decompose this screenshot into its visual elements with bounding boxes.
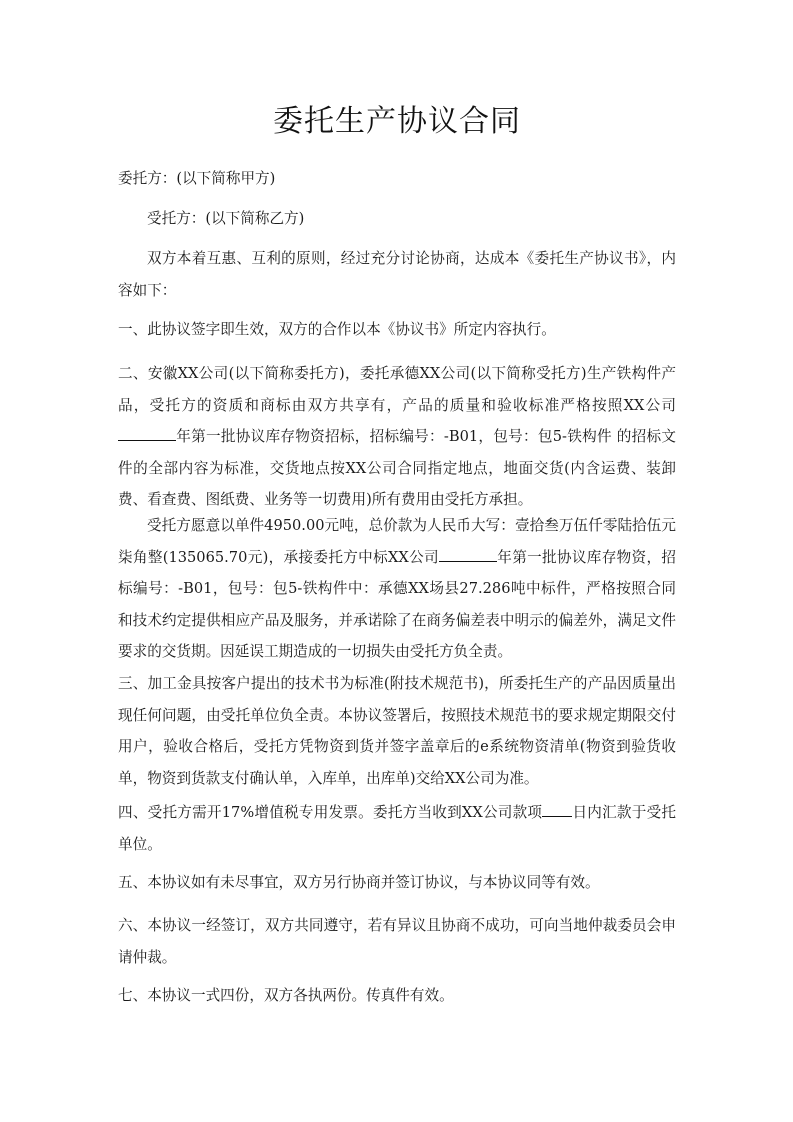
- clause-3: 三、加工金具按客户提出的技术书为标准(附技术规范书)，所委托生产的产品因质量出现…: [118, 668, 676, 794]
- clause-1: 一、此协议签字即生效，双方的合作以本《协议书》所定内容执行。: [118, 314, 676, 346]
- document-title: 委托生产协议合同: [118, 96, 676, 140]
- party-b-line: 受托方：(以下简称乙方): [118, 203, 676, 235]
- year-blank-field: [118, 426, 176, 441]
- clause-6: 六、本协议一经签订，双方共同遵守，若有异议且协商不成功，可向当地仲裁委员会申请仲…: [118, 910, 676, 973]
- clause-4: 四、受托方需开17%增值税专用发票。委托方当收到XX公司款项日内汇款于受托单位。: [118, 797, 676, 860]
- clause-5: 五、本协议如有未尽事宜，双方另行协商并签订协议，与本协议同等有效。: [118, 867, 676, 899]
- clause-2-text-b: 年第一批协议库存物资招标，招标编号：-B01，包号：包5-铁构件 的招标文件的全…: [118, 428, 676, 508]
- clause-2: 二、安徽XX公司(以下简称委托方)，委托承德XX公司(以下简称受托方)生产铁构件…: [118, 358, 676, 516]
- party-a-line: 委托方：(以下简称甲方): [118, 163, 676, 195]
- days-blank-field: [542, 802, 572, 817]
- year-blank-field-2: [439, 547, 497, 562]
- clause-7: 七、本协议一式四份，双方各执两份。传真件有效。: [118, 980, 676, 1012]
- preamble-paragraph: 双方本着互惠、互利的原则，经过充分讨论协商，达成本《委托生产协议书》，内容如下：: [118, 243, 676, 306]
- clause-2-pricing: 受托方愿意以单件4950.00元吨，总价款为人民币大写：壹拾叁万伍仟零陆拾伍元柒…: [118, 510, 676, 668]
- clause-2-text-a: 二、安徽XX公司(以下简称委托方)，委托承德XX公司(以下简称受托方)生产铁构件…: [118, 365, 676, 414]
- clause-4-text-a: 四、受托方需开17%增值税专用发票。委托方当收到XX公司款项: [118, 804, 542, 821]
